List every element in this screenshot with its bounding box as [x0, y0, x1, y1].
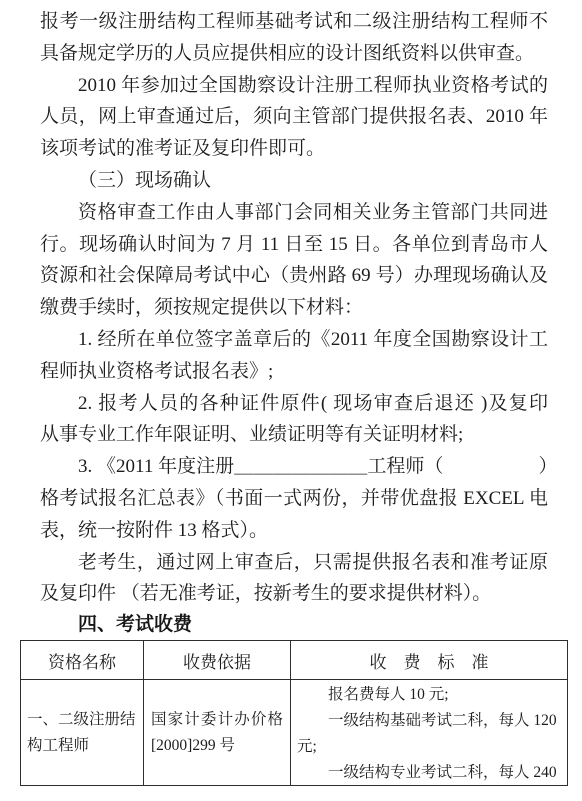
text-line: 从事专业工作年限证明、业绩证明等有关证明材料;	[40, 419, 548, 451]
text-line: 表，统一按附件 13 格式）。	[40, 515, 548, 547]
text-line: （三）现场确认	[40, 165, 548, 197]
text-line: 及复印件 （若无准考证，按新考生的要求提供材料）。	[40, 578, 548, 610]
section-heading: 四、考试收费	[78, 610, 582, 640]
text-line: 具备规定学历的人员应提供相应的设计图纸资料以供审查。	[40, 38, 548, 70]
fee-table-header-row: 资格名称 收费依据 收 费 标 准	[21, 641, 568, 680]
fee-table-header-standard: 收 费 标 准	[291, 641, 568, 680]
fee-standard-item: 一级结构基础考试二科，每人 120 元;	[297, 708, 565, 760]
fee-basis-cell: 国家计委计办价格[2000]299 号	[144, 680, 291, 786]
text-line: 人员，网上审查通过后，须向主管部门提供报名表、2010 年	[40, 101, 548, 133]
fee-table-header-qualification: 资格名称	[21, 641, 144, 680]
fee-standard-item: 一级结构专业考试二科，每人 240	[297, 760, 565, 786]
text-line: 格考试报名汇总表》（书面一式两份，并带优盘报 EXCEL 电子	[40, 483, 548, 515]
document-page: 报考一级注册结构工程师基础考试和二级注册结构工程师不具备规定学历的人员应提供相应…	[0, 0, 582, 801]
text-line: 2010 年参加过全国勘察设计注册工程师执业资格考试的	[40, 70, 548, 102]
text-line: 1. 经所在单位签字盖章后的《2011 年度全国勘察设计工	[40, 324, 548, 356]
document-body: 报考一级注册结构工程师基础考试和二级注册结构工程师不具备规定学历的人员应提供相应…	[0, 0, 582, 610]
text-line: 行。现场确认时间为 7 月 11 日至 15 日。各单位到青岛市人力	[40, 229, 548, 261]
text-line: 该项考试的准考证及复印件即可。	[40, 133, 548, 165]
text-line: 程师执业资格考试报名表》;	[40, 356, 548, 388]
text-line: 2. 报考人员的各种证件原件( 现场审查后退还 )及复印件、	[40, 388, 548, 420]
fee-standards-list: 报名费每人 10 元;一级结构基础考试二科，每人 120 元;一级结构专业考试二…	[297, 682, 565, 785]
fee-table: 资格名称 收费依据 收 费 标 准 一、二级注册结构工程师 国家计委计办价格[2…	[20, 640, 568, 786]
text-line: 3. 《2011 年度注册＿＿＿＿＿＿＿工程师（ ）执业资	[40, 451, 548, 483]
fee-standard-item: 报名费每人 10 元;	[297, 682, 565, 708]
text-line: 老考生，通过网上审查后，只需提供报名表和准考证原件	[40, 547, 548, 579]
fee-table-row: 一、二级注册结构工程师 国家计委计办价格[2000]299 号 报名费每人 10…	[21, 680, 568, 786]
fee-standards-cell: 报名费每人 10 元;一级结构基础考试二科，每人 120 元;一级结构专业考试二…	[291, 680, 568, 786]
fee-qualification-cell: 一、二级注册结构工程师	[21, 680, 144, 786]
text-line: 资格审查工作由人事部门会同相关业务主管部门共同进	[40, 197, 548, 229]
fee-table-header-basis: 收费依据	[144, 641, 291, 680]
text-line: 报考一级注册结构工程师基础考试和二级注册结构工程师不	[40, 6, 548, 38]
text-line: 缴费手续时，须按规定提供以下材料：	[40, 292, 548, 324]
text-line: 资源和社会保障局考试中心（贵州路 69 号）办理现场确认及	[40, 260, 548, 292]
